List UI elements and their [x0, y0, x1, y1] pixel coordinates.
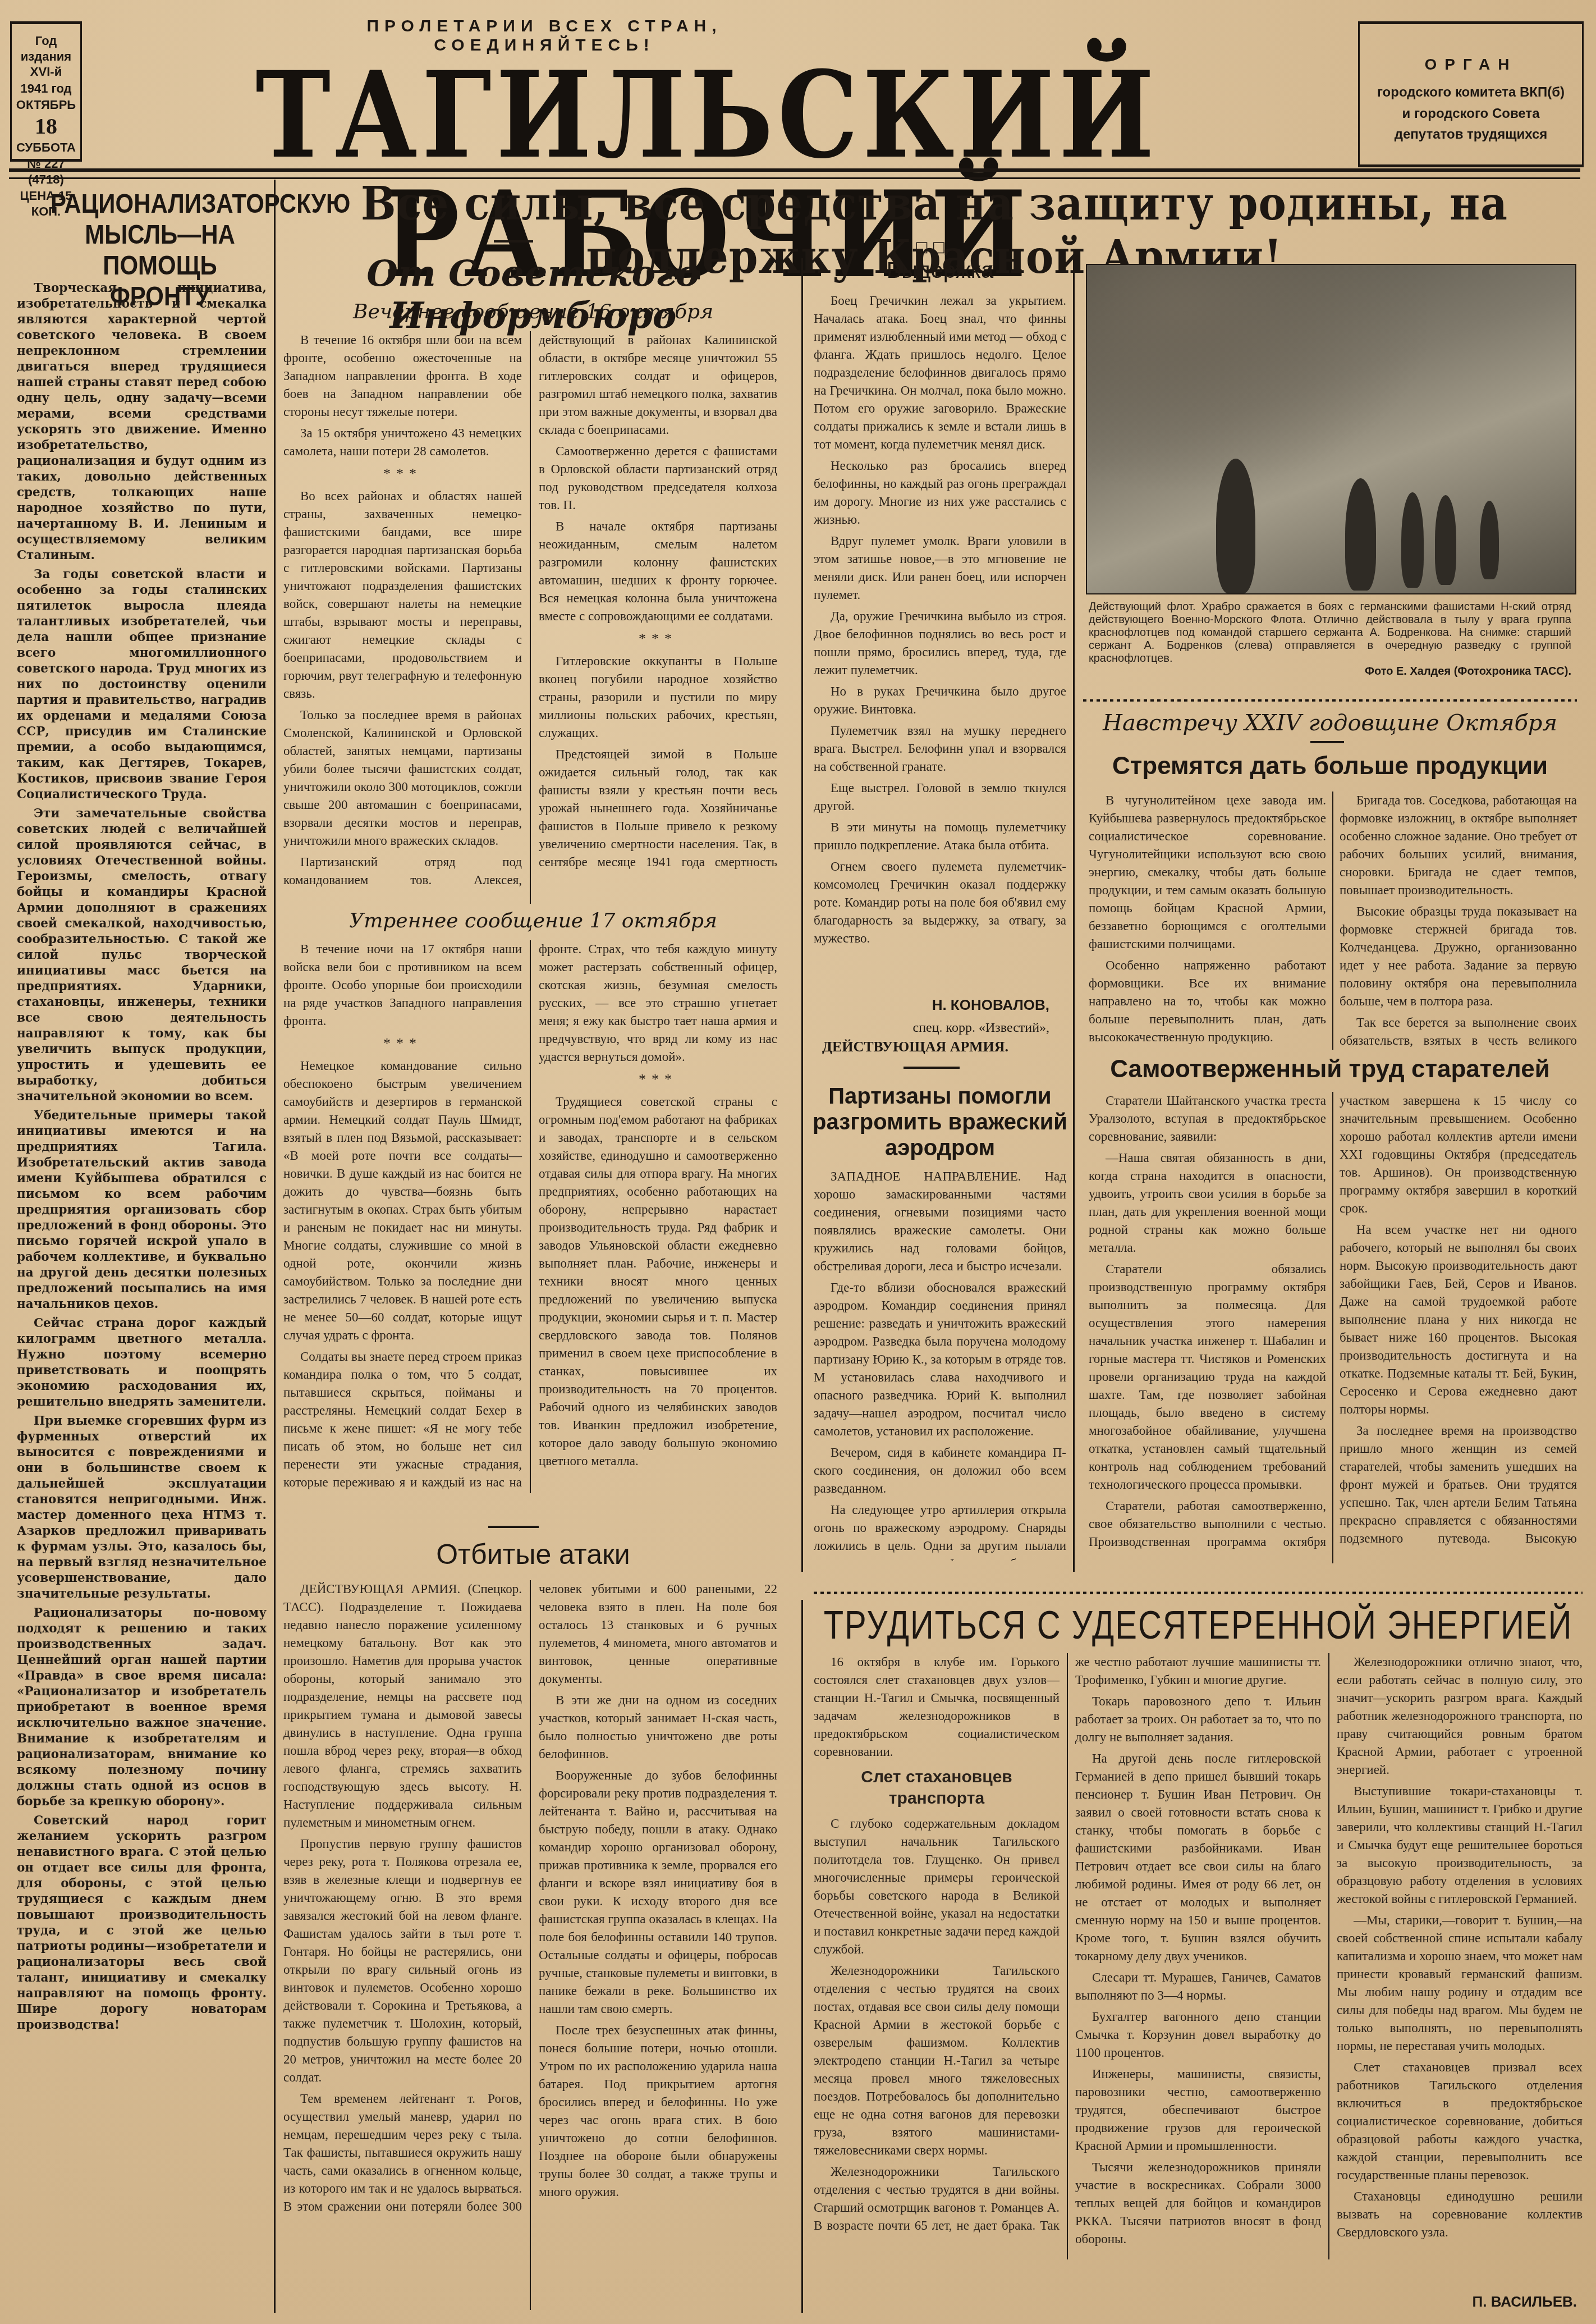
soldier-figure [1480, 501, 1499, 579]
energy-subhead: Слет стахановцев транспорта [814, 1767, 1060, 1809]
article-paragraph: Высокие образцы труда показывает на форм… [1340, 903, 1577, 1010]
morning-report-body: В течение ночи на 17 октября наши войска… [283, 940, 777, 1493]
article-paragraph: С глубоко содержательным докладом выступ… [814, 1815, 1060, 1959]
organ-line-1: городского комитета ВКП(б) [1360, 82, 1582, 103]
article-paragraph: Пропустив первую группу фашистов через р… [283, 1835, 522, 2087]
article-paragraph: Тысячи железнодорожников приняли участие… [1075, 2158, 1321, 2248]
soldier-figure [1345, 478, 1376, 591]
report-paragraph: В начале октября партизаны неожиданным, … [539, 518, 777, 625]
article-paragraph: Старатели Шайтанского участка треста Ура… [1089, 1092, 1326, 1146]
editorial-paragraph: Творческая инициатива, изобретательность… [17, 281, 267, 564]
article-rule [488, 1526, 539, 1528]
news-photo [1086, 264, 1576, 594]
evening-report-subhead: Вечернее сообщение 16 октября [281, 300, 786, 323]
publisher-organ-box: ОРГАН городского комитета ВКП(б) и город… [1358, 21, 1584, 167]
issue-date-box: Год издания XVI-й 1941 год ОКТЯБРЬ 18 СУ… [10, 21, 82, 162]
article-paragraph: Стахановцы единодушно решили вызвать на … [1337, 2188, 1583, 2241]
section-stars: *** [539, 630, 777, 648]
article-paragraph: ДЕЙСТВУЮЩАЯ АРМИЯ. (Спецкор. ТАСС). Подр… [283, 1580, 522, 1832]
issue-year: 1941 год [12, 81, 80, 97]
sovinform-headline: От Советского Информбюро [281, 253, 786, 337]
october-rubric: Навстречу XXIV годовщине Октября [1083, 710, 1577, 736]
organ-line-2: и городского Совета [1360, 103, 1582, 124]
editorial-paragraph: Эти замечательные свойства советских люд… [17, 806, 267, 1105]
article-paragraph: Но в руках Гречичкина было другое оружие… [814, 683, 1066, 719]
partisans-body: ЗАПАДНОЕ НАПРАВЛЕНИЕ. Над хорошо замаски… [814, 1168, 1066, 1561]
editorial-paragraph: Советский народ горит желанием ускорить … [17, 1813, 267, 2033]
issue-month: ОКТЯБРЬ [12, 97, 80, 113]
article-paragraph: Бухгалтер вагонного депо станции Смычка … [1075, 2008, 1321, 2062]
vyderzhka-headline: Выдержка [808, 258, 1072, 283]
editorial-paragraph: Убедительные примеры такой инициативы им… [17, 1108, 267, 1312]
article-paragraph: Железнодорожники Тагильского отделения с… [814, 1962, 1060, 2160]
article-paragraph: Старатели обязались производственную про… [1089, 1260, 1326, 1494]
article-paragraph: В эти же дни на одном из соседних участк… [539, 1691, 777, 1763]
report-paragraph: Немецкое командование сильно обеспокоено… [283, 1057, 522, 1344]
vyderzhka-dateline: ДЕЙСТВУЮЩАЯ АРМИЯ. [822, 1039, 1008, 1055]
article-paragraph: Вечером, сидя в кабинете командира П-ско… [814, 1444, 1066, 1498]
article1-headline: Стремятся дать больше продукции [1083, 752, 1577, 780]
article-paragraph: В эти минуты на помощь пулеметчику пришл… [814, 818, 1066, 854]
article-rule [904, 1067, 960, 1069]
column-rule [1073, 258, 1075, 1572]
energy-headline: ТРУДИТЬСЯ С УДЕСЯТЕРЕННОЙ ЭНЕРГИЕЙ [814, 1603, 1583, 1648]
publication-year-line: Год издания XVI-й [12, 33, 80, 80]
report-paragraph: В течение 16 октября шли бои на всем фро… [283, 331, 522, 421]
report-paragraph: В течение ночи на 17 октября наши войска… [283, 940, 522, 1030]
issue-weekday: СУББОТА [12, 140, 80, 155]
ornament-squares: □□ [915, 239, 949, 255]
article-paragraph: Вдруг пулемет умолк. Враги уловили в это… [814, 532, 1066, 604]
otbitye-body: ДЕЙСТВУЮЩАЯ АРМИЯ. (Спецкор. ТАСС). Подр… [283, 1580, 777, 2310]
article2-body: Старатели Шайтанского участка треста Ура… [1089, 1092, 1577, 1563]
editorial-paragraph: Сейчас страна дорог каждый килограмм цве… [17, 1316, 267, 1410]
morning-report-subhead: Утреннее сообщение 17 октября [281, 909, 786, 932]
soldier-figure [1401, 492, 1424, 588]
organ-label: ОРГАН [1360, 52, 1582, 76]
article-paragraph: Несколько раз бросались вперед белофинны… [814, 457, 1066, 529]
article-paragraph: На следующее утро артиллерия открыла ого… [814, 1501, 1066, 1561]
article-paragraph: Слет стахановцев призвал всех работников… [1337, 2058, 1583, 2184]
section-stars: *** [283, 1035, 522, 1053]
article-paragraph: Еще выстрел. Головой в землю ткнулся дру… [814, 779, 1066, 815]
article-paragraph: Токарь паровозного депо т. Ильин работае… [1075, 1692, 1321, 1746]
article-paragraph: ЗАПАДНОЕ НАПРАВЛЕНИЕ. Над хорошо замаски… [814, 1168, 1066, 1275]
article-paragraph: На другой день после гитлеровской Герман… [1075, 1750, 1321, 1965]
article-paragraph: Бригада тов. Соседкова, работающая на фо… [1340, 792, 1577, 899]
report-paragraph: За 15 октября уничтожено 43 немецких сам… [283, 424, 522, 460]
article-paragraph: 16 октября в клубе им. Горького состоялс… [814, 1653, 1060, 1761]
article-paragraph: Пулеметчик взял на мушку переднего врага… [814, 722, 1066, 776]
article-paragraph: Инженеры, машинисты, связисты, паровозни… [1075, 2065, 1321, 2155]
article-paragraph: Особенно напряженно работают формовщики.… [1089, 957, 1326, 1046]
column-rule [801, 1600, 803, 2313]
article-paragraph: —Мы, старики,—говорит т. Бушин,—на своей… [1337, 1911, 1583, 2055]
article1-body: В чугунолитейном цехе завода им. Куйбыше… [1089, 792, 1577, 1050]
section-stars: *** [283, 465, 522, 483]
article-paragraph: —Наша святая обязанность в дни, когда ст… [1089, 1149, 1326, 1257]
article-paragraph: Вооруженные до зубов белофинны форсирова… [539, 1767, 777, 2018]
vyderzhka-body: Боец Гречичкин лежал за укрытием. Начала… [814, 292, 1066, 988]
editorial-paragraph: За годы советской власти и особенно за г… [17, 567, 267, 803]
report-paragraph: Самоотверженно дерется с фашистами в Орл… [539, 442, 777, 514]
soldier-figure [1435, 495, 1456, 585]
report-paragraph: Гитлеровские оккупанты в Польше вконец п… [539, 652, 777, 742]
partisans-headline: Партизаны помогли разгромить вражеский а… [808, 1083, 1072, 1161]
article-paragraph: В чугунолитейном цехе завода им. Куйбыше… [1089, 792, 1326, 953]
article-paragraph: После трех безуспешных атак финны, понес… [539, 2021, 777, 2201]
article-rule [1310, 741, 1344, 743]
photo-credit: Фото Е. Халдея (Фотохроника ТАСС). [1257, 665, 1571, 678]
article-paragraph: Железнодорожники отлично знают, что, есл… [1337, 1653, 1583, 1779]
report-paragraph: Во всех районах и областях нашей страны,… [283, 487, 522, 703]
soldier-figure [1216, 459, 1255, 593]
editorial-paragraph: При выемке сгоревших фурм из фурменных о… [17, 1413, 267, 1602]
editorial-paragraph: Рационализаторы по-новому подходят к реш… [17, 1605, 267, 1810]
evening-report-body: В течение 16 октября шли бои на всем фро… [283, 331, 777, 904]
article-paragraph: Да, оружие Гречичкина выбыло из строя. Д… [814, 607, 1066, 679]
section-stars: *** [539, 1070, 777, 1088]
article-paragraph: Слесари тт. Мурашев, Ганичев, Саматов вы… [1075, 1969, 1321, 2005]
article2-headline: Самоотверженный труд старателей [1083, 1055, 1577, 1083]
otbitye-headline: Отбитые атаки [281, 1538, 786, 1571]
article-paragraph: Выступившие токари-стахановцы т. Ильин, … [1337, 1782, 1583, 1908]
headline-rule [494, 240, 533, 243]
article-paragraph: Огнем своего пулемета пулеметчик-комсомо… [814, 858, 1066, 948]
report-paragraph: Только за последнее время в районах Смол… [283, 706, 522, 850]
article-paragraph: Боец Гречичкин лежал за укрытием. Начала… [814, 292, 1066, 454]
vyderzhka-signature: Н. КОНОВАЛОВ, [814, 996, 1049, 1014]
energy-signature: П. ВАСИЛЬЕВ. [1347, 2293, 1577, 2311]
column-rule [801, 258, 803, 1572]
article-paragraph: На всем участке нет ни одного рабочего, … [1340, 1221, 1577, 1419]
issue-day: 18 [12, 114, 80, 139]
column-rule [274, 180, 276, 2313]
organ-line-3: депутатов трудящихся [1360, 124, 1582, 145]
report-paragraph: Трудящиеся советской страны с огромным п… [539, 1093, 777, 1470]
vyderzhka-signature-role: спец. корр. «Известий», [814, 1021, 1049, 1036]
article-paragraph: Где-то вблизи обосновался вражеский аэро… [814, 1279, 1066, 1440]
editorial-body: Творческая инициатива, изобретательность… [17, 281, 267, 2307]
energy-body: 16 октября в клубе им. Горького состоялс… [814, 1653, 1583, 2259]
